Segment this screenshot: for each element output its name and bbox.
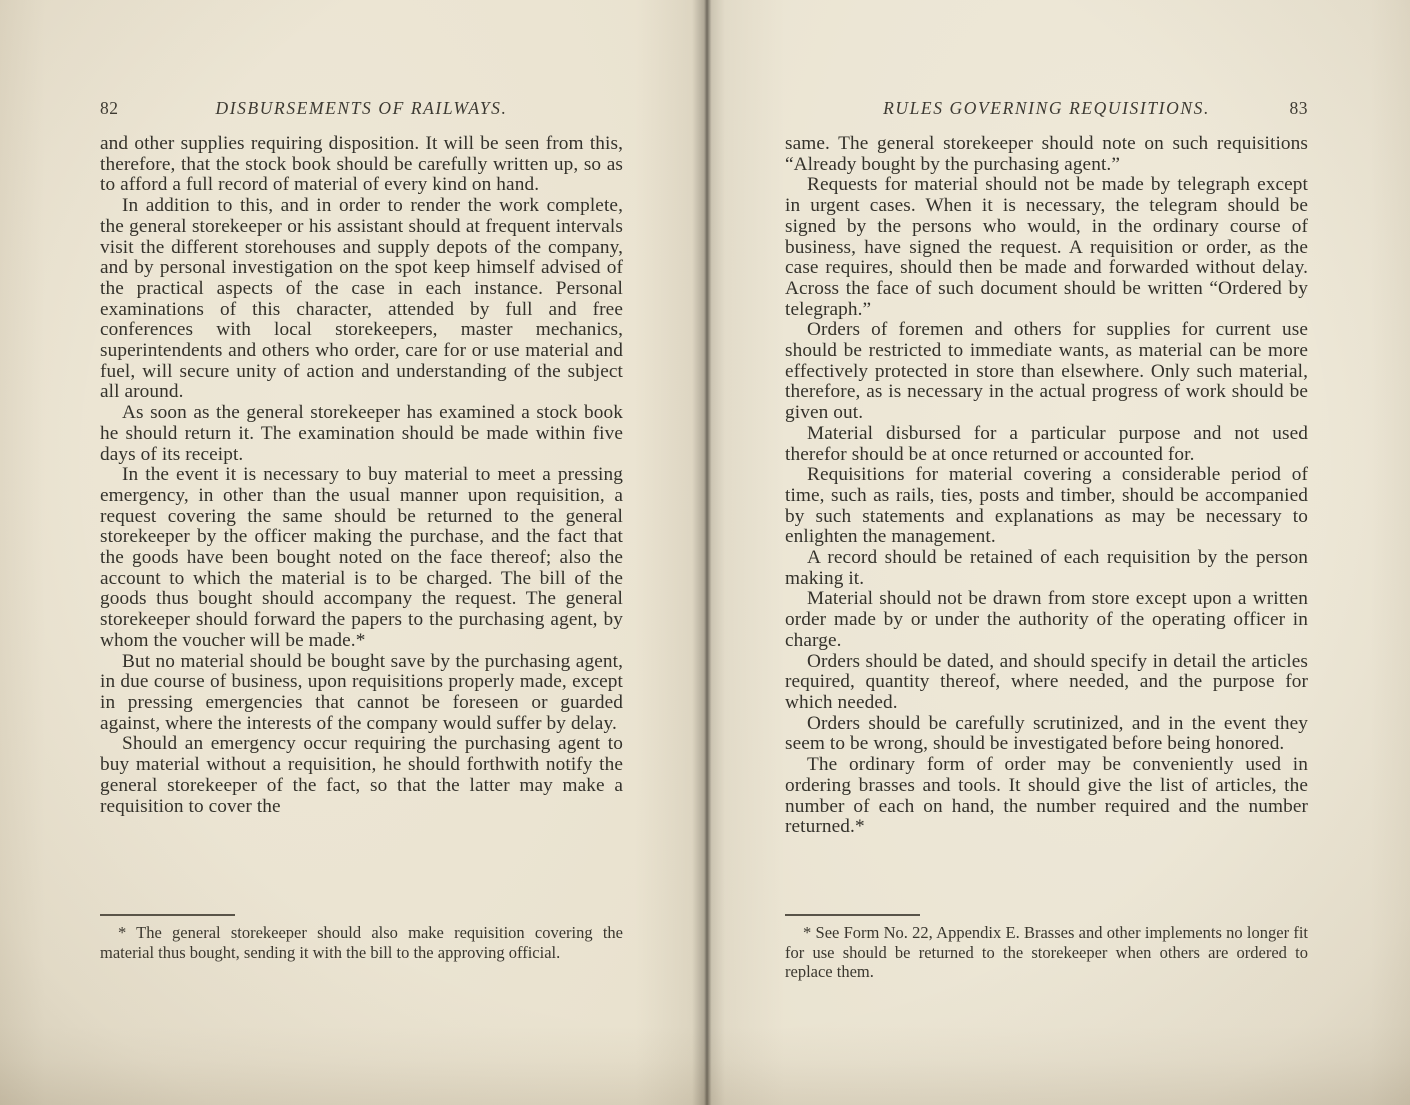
- footnote-text: * See Form No. 22, Appendix E. Brasses a…: [785, 923, 1308, 982]
- right-page: RULES GOVERNING REQUISITIONS. 83 same. T…: [705, 0, 1410, 1105]
- right-page-body: same. The general storekeeper should not…: [785, 134, 1308, 838]
- paragraph: But no material should be bought save by…: [100, 652, 623, 735]
- right-page-number: 83: [1290, 98, 1309, 119]
- right-page-header: RULES GOVERNING REQUISITIONS. 83: [785, 98, 1308, 120]
- right-page-footnote: * See Form No. 22, Appendix E. Brasses a…: [785, 914, 1308, 982]
- left-running-head: DISBURSEMENTS OF RAILWAYS.: [100, 98, 623, 119]
- right-running-head: RULES GOVERNING REQUISITIONS.: [785, 98, 1308, 119]
- paragraph: Requisitions for material covering a con…: [785, 465, 1308, 548]
- footnote-rule: [785, 914, 920, 916]
- paragraph: Material should not be drawn from store …: [785, 589, 1308, 651]
- paragraph: Orders should be carefully scrutinized, …: [785, 714, 1308, 755]
- book-spread: 82 DISBURSEMENTS OF RAILWAYS. and other …: [0, 0, 1410, 1105]
- paragraph: Should an emergency occur requiring the …: [100, 734, 623, 817]
- left-page-footnote: * The general storekeeper should also ma…: [100, 914, 623, 962]
- paragraph: As soon as the general storekeeper has e…: [100, 403, 623, 465]
- paragraph: Requests for material should not be made…: [785, 175, 1308, 320]
- left-page-header: 82 DISBURSEMENTS OF RAILWAYS.: [100, 98, 623, 120]
- paragraph: and other supplies requiring disposition…: [100, 134, 623, 196]
- left-page-body: and other supplies requiring disposition…: [100, 134, 623, 817]
- paragraph: Material disbursed for a particular purp…: [785, 424, 1308, 465]
- paragraph: same. The general storekeeper should not…: [785, 134, 1308, 175]
- paragraph: In the event it is necessary to buy mate…: [100, 465, 623, 651]
- paragraph: Orders should be dated, and should speci…: [785, 652, 1308, 714]
- paragraph: A record should be retained of each requ…: [785, 548, 1308, 589]
- paragraph: In addition to this, and in order to ren…: [100, 196, 623, 403]
- footnote-rule: [100, 914, 235, 916]
- paragraph: The ordinary form of order may be conven…: [785, 755, 1308, 838]
- left-page: 82 DISBURSEMENTS OF RAILWAYS. and other …: [0, 0, 705, 1105]
- paragraph: Orders of foremen and others for supplie…: [785, 320, 1308, 424]
- footnote-text: * The general storekeeper should also ma…: [100, 923, 623, 962]
